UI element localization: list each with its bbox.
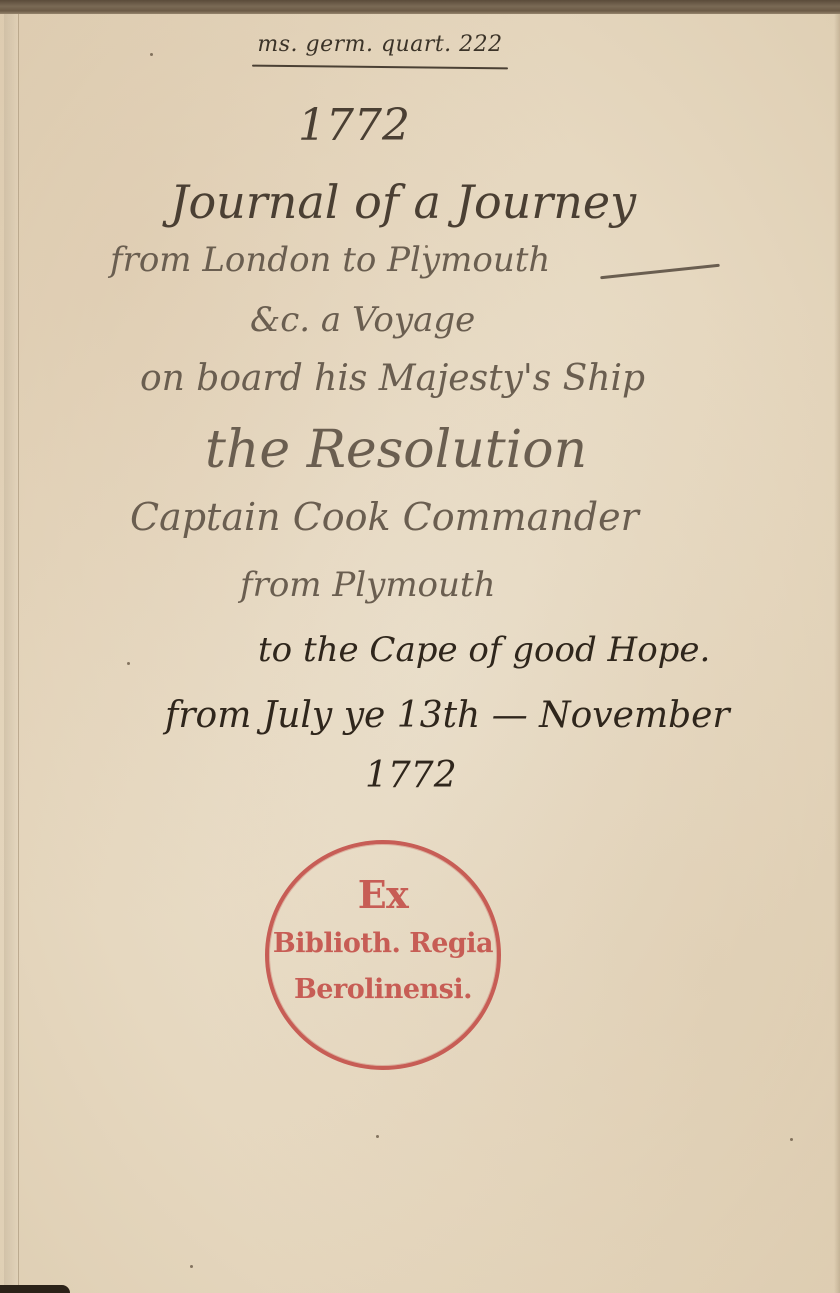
paper-speck xyxy=(790,1138,793,1141)
title-dates: from July ye 13th — November xyxy=(165,695,730,736)
title-ship-name: the Resolution xyxy=(205,420,587,480)
paper-speck xyxy=(127,662,130,665)
title-year-bottom: 1772 xyxy=(365,755,457,796)
title-captain: Captain Cook Commander xyxy=(130,495,639,539)
page-corner-shadow xyxy=(0,1285,70,1293)
title-cape: to the Cape of good Hope. xyxy=(258,630,710,670)
title-from-plymouth: from Plymouth xyxy=(240,565,495,605)
paper-speck xyxy=(150,53,153,56)
title-voyage: &c. a Voyage xyxy=(250,300,475,340)
stamp-line-bibliotheca: Biblioth. Regia xyxy=(269,928,497,959)
manuscript-scan: ms. germ. quart. 222 1772 Journal of a J… xyxy=(0,0,840,1293)
library-stamp: Ex Biblioth. Regia Berolinensi. xyxy=(265,840,501,1070)
title-on-board: on board his Majesty's Ship xyxy=(140,358,645,399)
paper-speck xyxy=(376,1135,379,1138)
page-right-edge xyxy=(834,14,840,1293)
stamp-line-ex: Ex xyxy=(269,872,497,917)
shelfmark-label: ms. germ. quart. 222 xyxy=(250,32,510,57)
title-journal: Journal of a Journey xyxy=(170,175,636,229)
title-year-top: 1772 xyxy=(298,100,410,151)
title-london-plymouth: from London to Plymouth xyxy=(110,240,550,280)
paper-speck xyxy=(425,245,428,248)
paper-speck xyxy=(190,1265,193,1268)
stamp-line-berolinensis: Berolinensi. xyxy=(269,974,497,1005)
page-gutter-fold xyxy=(4,14,19,1293)
